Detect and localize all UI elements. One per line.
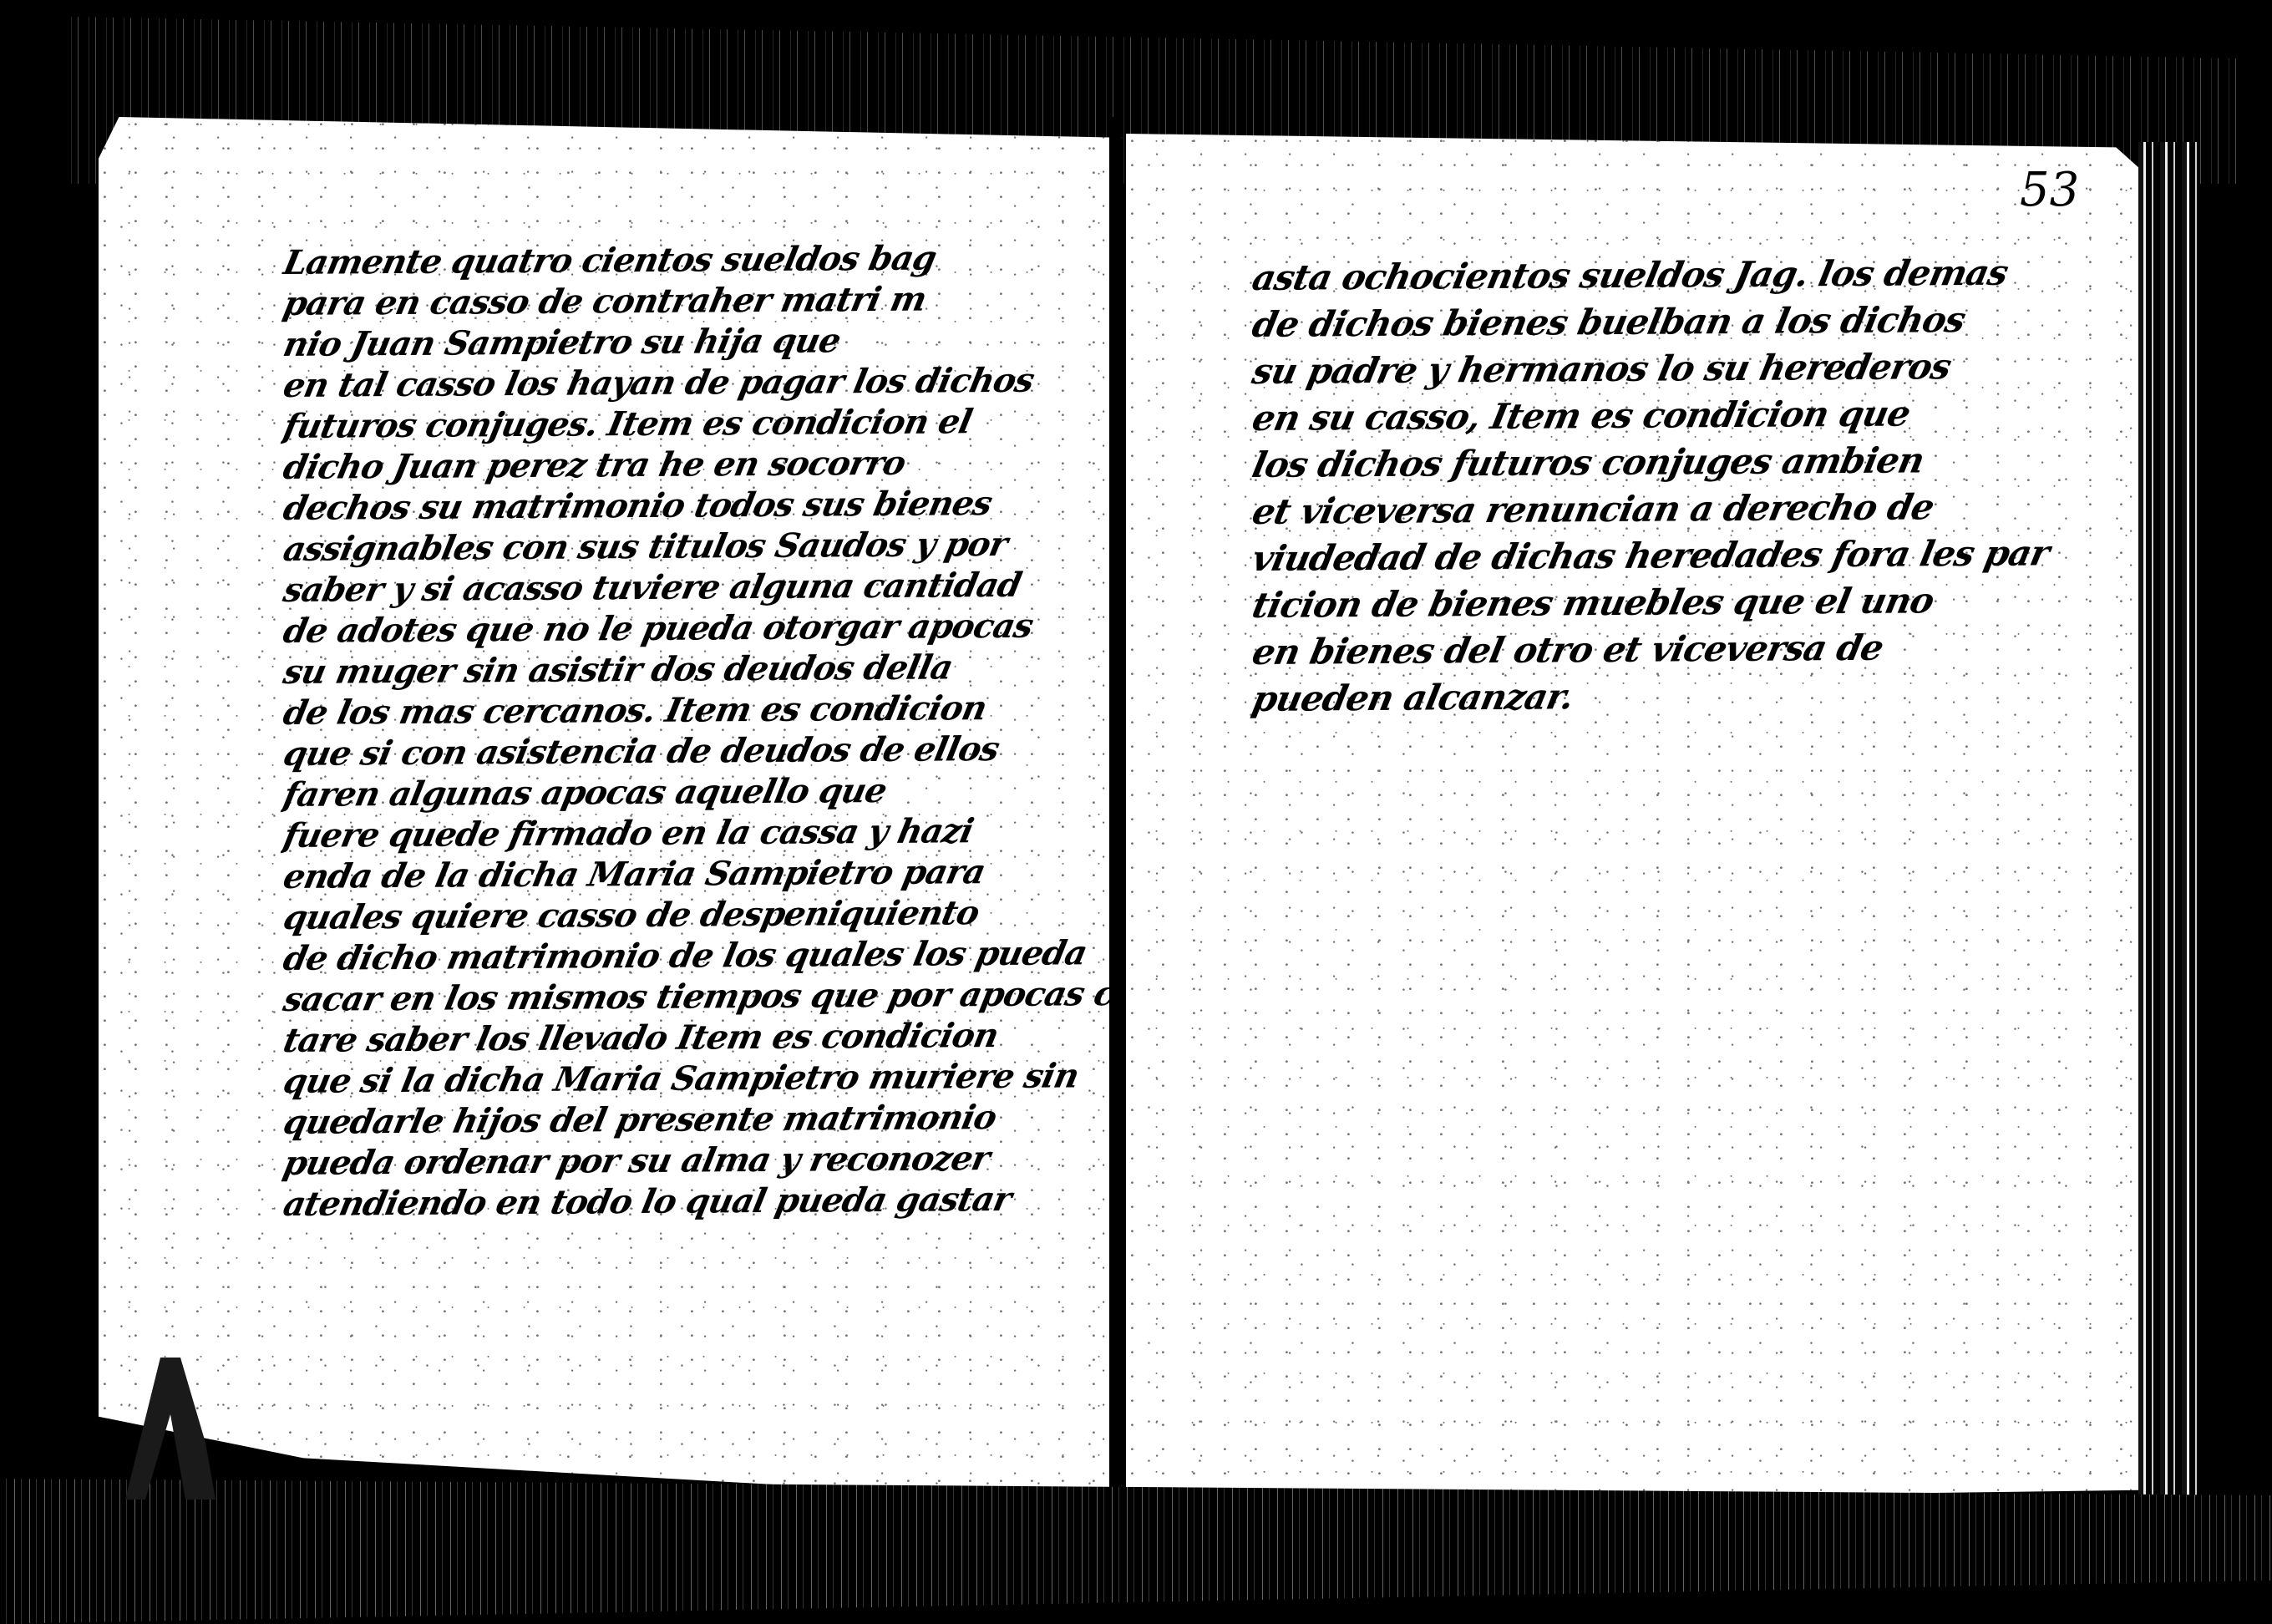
- manuscript-line: quedarle hijos del presente matrimonio: [280, 1096, 1117, 1143]
- manuscript-line: quales quiere casso de despeniquiento: [280, 891, 1117, 938]
- manuscript-line: dicho Juan perez tra he en socorro: [280, 441, 1117, 488]
- manuscript-line: asta ochocientos sueldos Jag. los demas: [1248, 249, 2144, 302]
- right-page-text: asta ochocientos sueldos Jag. los demas …: [1253, 255, 2138, 723]
- manuscript-line: futuros conjuges. Item es condicion el: [280, 400, 1117, 447]
- manuscript-line: sacar en los mismos tiempos que por apoc…: [280, 973, 1117, 1020]
- manuscript-line: dechos su matrimonio todos sus bienes: [280, 482, 1117, 529]
- manuscript-line: de adotes que no le pueda otorgar apocas: [280, 605, 1117, 652]
- left-page-text: Lamente quatro cientos sueldos bag para …: [284, 242, 1111, 1225]
- page-edge-stack: [2138, 142, 2197, 1504]
- manuscript-line: viudedad de dichas heredades fora les pa…: [1248, 530, 2144, 582]
- manuscript-line: que si la dicha Maria Sampietro muriere …: [280, 1055, 1117, 1102]
- manuscript-line: de dichos bienes buelban a los dichos: [1248, 296, 2144, 348]
- manuscript-line: pueden alcanzar.: [1248, 670, 2144, 723]
- manuscript-line: que si con asistencia de deudos de ellos: [280, 728, 1117, 774]
- manuscript-line: pueda ordenar por su alma y reconozer: [280, 1137, 1117, 1184]
- manuscript-line: nio Juan Sampietro su hija que: [280, 318, 1117, 365]
- manuscript-line: Lamente quatro cientos sueldos bag: [280, 236, 1117, 283]
- manuscript-line: enda de la dicha Maria Sampietro para: [280, 850, 1117, 897]
- manuscript-line: para en casso de contraher matri m: [280, 277, 1117, 324]
- manuscript-line: en su casso, Item es condicion que: [1248, 389, 2144, 442]
- manuscript-line: saber y si acasso tuviere alguna cantida…: [280, 564, 1117, 611]
- manuscript-line: tare saber los llevado Item es condicion: [280, 1014, 1117, 1061]
- manuscript-line: assignables con sus titulos Saudos y por: [280, 523, 1117, 570]
- manuscript-line: en bienes del otro et viceversa de: [1248, 623, 2144, 676]
- manuscript-line: ticion de bienes muebles que el uno: [1248, 576, 2144, 629]
- manuscript-line: et viceversa renuncian a derecho de: [1248, 483, 2144, 535]
- manuscript-line: en tal casso los hayan de pagar los dich…: [280, 359, 1117, 406]
- manuscript-line: faren algunas apocas aquello que: [280, 769, 1117, 815]
- scan-bottom-border: [0, 1479, 2272, 1624]
- manuscript-line: los dichos futuros conjuges ambien: [1248, 436, 2144, 489]
- manuscript-line: atendiendo en todo lo qual pueda gastar: [280, 1178, 1117, 1225]
- manuscript-line: fuere quede firmado en la cassa y hazi: [280, 809, 1117, 856]
- folio-number: 53: [2020, 163, 2079, 217]
- scanned-book-spread: Lamente quatro cientos sueldos bag para …: [0, 0, 2272, 1624]
- manuscript-line: de dicho matrimonio de los quales los pu…: [280, 932, 1117, 979]
- manuscript-line: su padre y hermanos lo su herederos: [1248, 343, 2144, 395]
- manuscript-line: de los mas cercanos. Item es condicion: [280, 687, 1117, 733]
- manuscript-line: su muger sin asistir dos deudos della: [280, 646, 1117, 693]
